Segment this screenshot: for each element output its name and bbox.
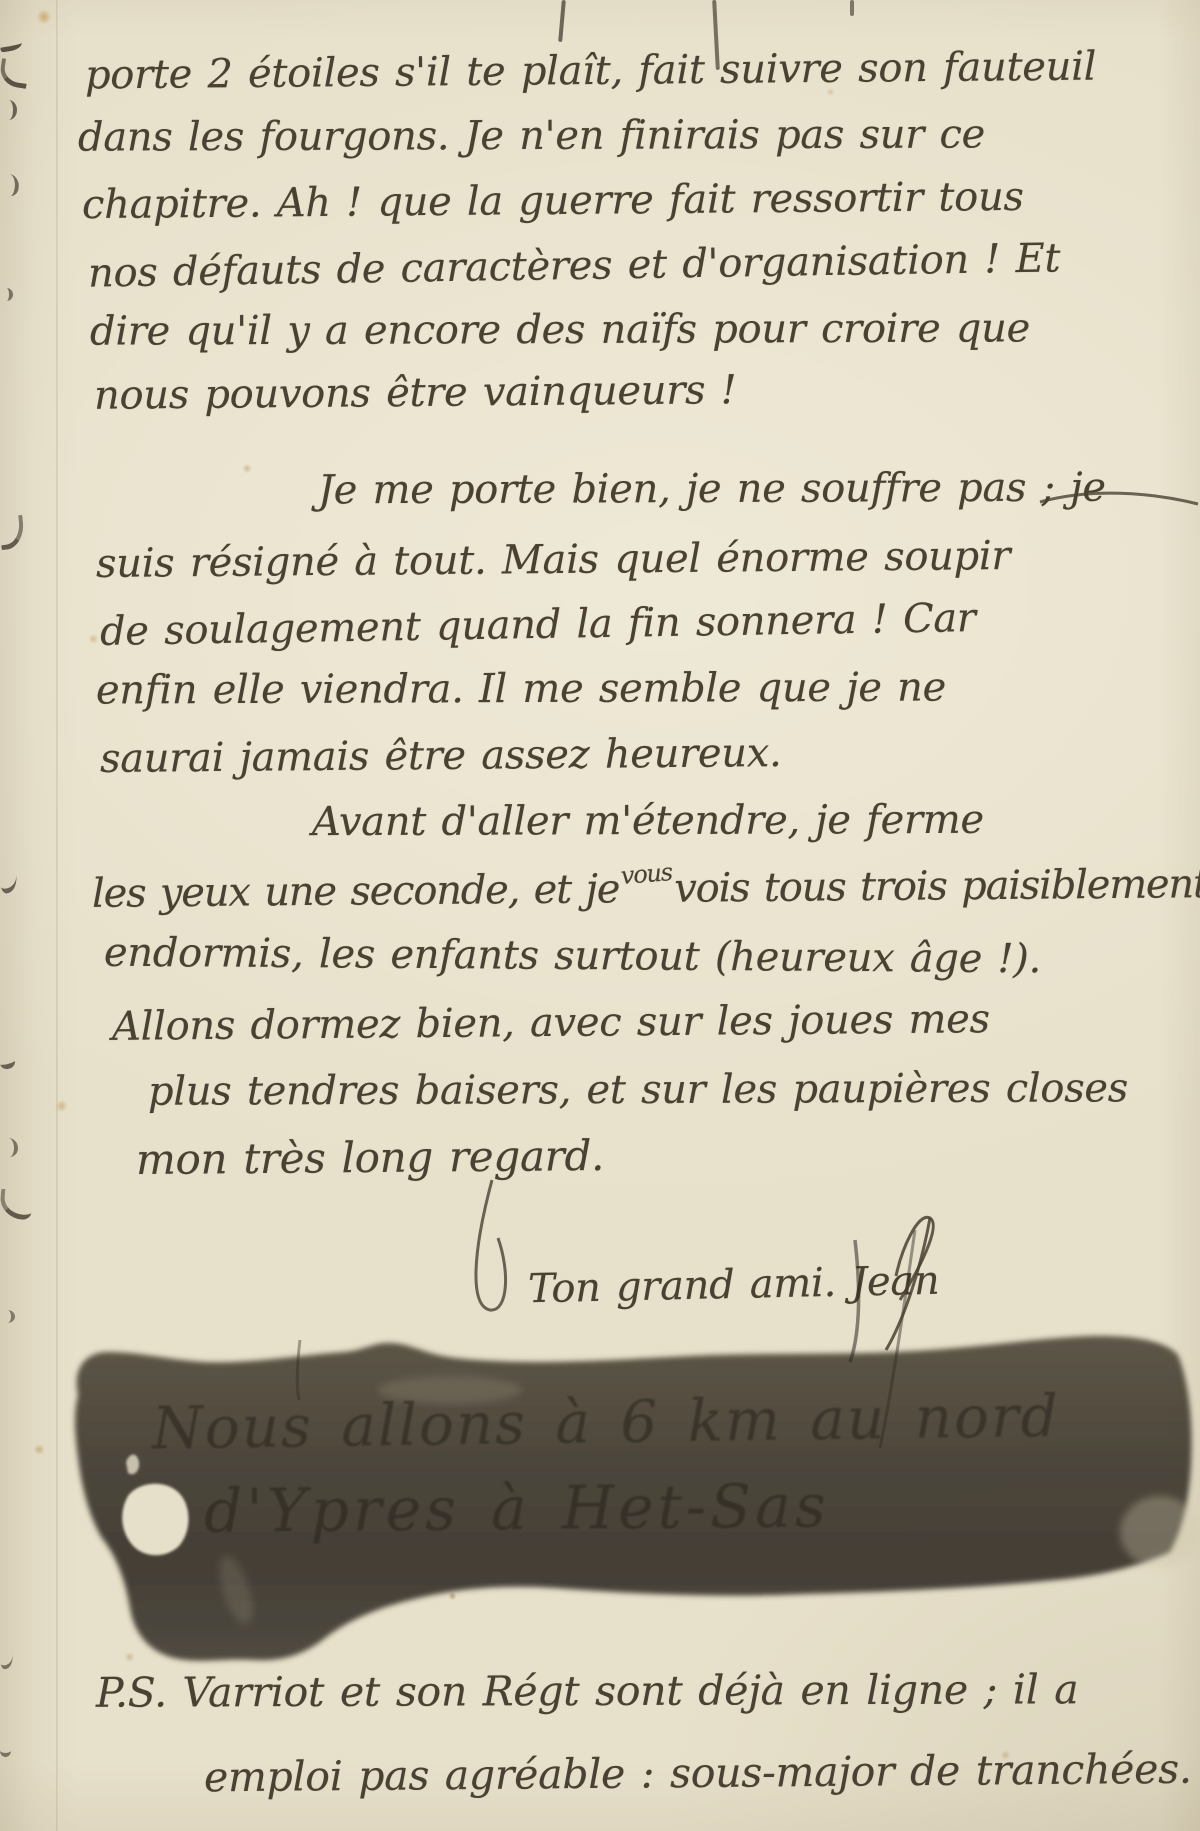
handwritten-line-p1-2: dans les fourgons. Je n'en finirais pas …	[78, 111, 985, 160]
postscript-line-1: P.S. Varriot et son Régt sont déjà en li…	[96, 1666, 1079, 1717]
ink-fragment	[0, 38, 23, 52]
ink-fragment	[0, 100, 17, 120]
handwritten-line-p4-3: mon très long regard.	[136, 1132, 605, 1184]
inserted-word: vous	[620, 859, 673, 891]
handwritten-line-p1-6: nous pouvons être vainqueurs !	[94, 367, 737, 419]
handwritten-line-p2-1: Je me porte bien, je ne souffre pas ; je	[318, 465, 1106, 514]
letter-descender	[476, 1180, 506, 1310]
paper-hole-speck	[126, 1455, 139, 1475]
ink-fragment	[0, 867, 19, 895]
wash-light-corner	[1120, 1496, 1200, 1568]
ink-fragment	[0, 1054, 16, 1070]
ink-fragment	[0, 288, 13, 301]
handwritten-line-p3-2: les yeux une seconde, et jevousvois tous…	[92, 861, 1200, 917]
foxing-spot	[242, 464, 252, 473]
foxing-spot	[124, 1652, 135, 1662]
handwritten-line-p2-5: saurai jamais être assez heureux.	[100, 730, 782, 782]
paper-hole	[122, 1484, 188, 1556]
handwritten-line-p1-5: dire qu'il y a encore des naïfs pour cro…	[90, 305, 1030, 354]
handwritten-line-p1-4: nos défauts de caractères et d'organisat…	[88, 235, 1061, 296]
ink-fragment	[0, 58, 30, 89]
ink-fragment	[0, 1744, 11, 1757]
handwritten-line-p1-3: chapitre. Ah ! que la guerre fait ressor…	[82, 174, 1024, 228]
censored-note-line-2: d'Ypres à Het-Sas	[204, 1471, 830, 1546]
ink-fragment	[558, 0, 566, 42]
handwritten-line-p3-1: Avant d'aller m'étendre, je ferme	[312, 797, 984, 845]
handwritten-line-p2-4: enfin elle viendra. Il me semble que je …	[96, 665, 946, 714]
line-part-before: les yeux une seconde, et je	[92, 866, 620, 917]
handwritten-line-p1-1: porte 2 étoiles s'il te plaît, fait suiv…	[85, 44, 1096, 99]
ink-fragment	[850, 0, 854, 16]
letter-descender	[297, 1340, 300, 1400]
foxing-spot	[33, 1444, 45, 1455]
handwritten-line-p3-3: endormis, les enfants surtout (heureux â…	[104, 930, 1041, 983]
ink-fragment	[0, 1310, 15, 1323]
handwritten-line-p4-2: plus tendres baisers, et sur les paupièr…	[148, 1065, 1128, 1114]
handwritten-line-p2-3: de soulagement quand la fin sonnera ! Ca…	[100, 595, 976, 655]
letter-page: porte 2 étoiles s'il te plaît, fait suiv…	[0, 0, 1200, 1831]
handwritten-line-p4-1: Allons dormez bien, avec sur les joues m…	[112, 996, 990, 1050]
signature: Ton grand ami. Jean	[528, 1258, 940, 1313]
handwritten-line-p2-2: suis résigné à tout. Mais quel énorme so…	[96, 533, 1011, 587]
postscript-line-2: emploi pas agréable : sous-major de tran…	[204, 1746, 1192, 1802]
ink-fragment	[0, 515, 26, 550]
censored-note-line-1: Nous allons à 6 km au nord	[152, 1382, 1061, 1463]
foxing-spot	[36, 10, 52, 24]
ink-fragment	[0, 173, 20, 197]
ink-fragment	[0, 1647, 14, 1670]
wash-thin-streak	[213, 1552, 260, 1629]
fold-crease	[56, 0, 59, 1831]
ink-fragment	[0, 1189, 33, 1221]
foxing-spot	[88, 634, 99, 644]
ink-fragment	[0, 1138, 18, 1157]
foxing-spot	[55, 1100, 68, 1112]
foxing-spot	[448, 1592, 457, 1600]
line-part-after: vois tous trois paisiblement	[674, 861, 1200, 912]
